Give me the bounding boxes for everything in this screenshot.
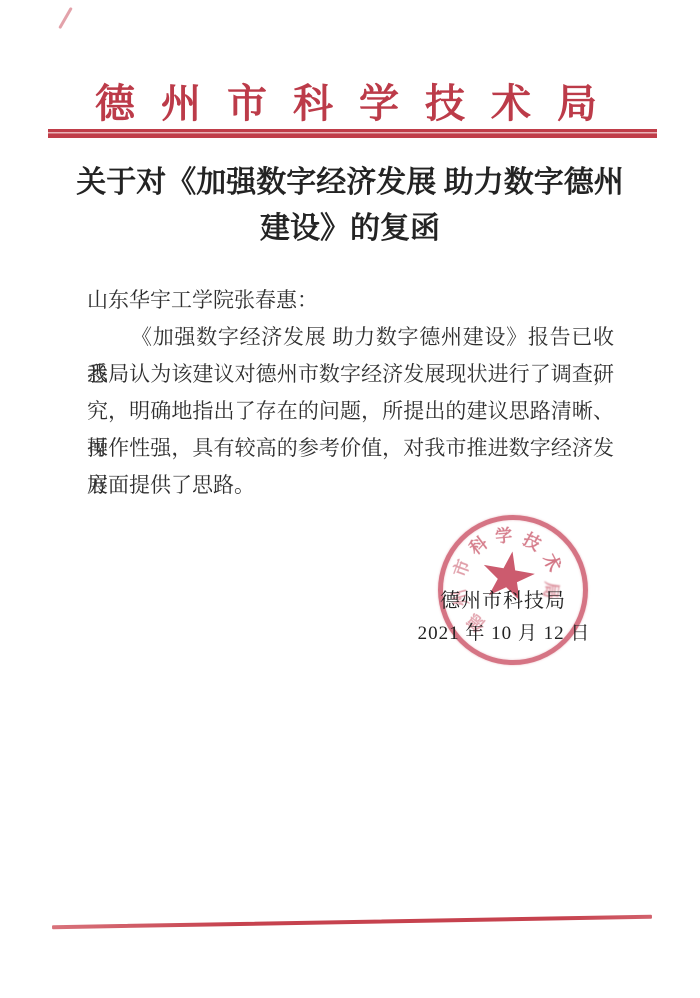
body-line: 操作性强，具有较高的参考价值，对我市推进数字经济发展	[87, 430, 614, 467]
body-line: 《加强数字经济发展 助力数字德州建设》报告已收悉，	[87, 319, 614, 356]
letterhead-title: 德 州 市 科 学 技 术 局	[0, 72, 700, 129]
document-date: 2021 年 10 月 12 日	[404, 618, 604, 645]
signature-org: 德州市科技局	[403, 584, 603, 613]
scanned-letter-page: 德 州 市 科 学 技 术 局 关于对《加强数字经济发展 助力数字德州 建设》的…	[0, 0, 700, 998]
salutation: 山东华宇工学院张春惠：	[87, 282, 614, 319]
footer-rule	[52, 915, 652, 929]
document-title-line1: 关于对《加强数字经济发展 助力数字德州	[0, 160, 700, 206]
document-title-line2: 建设》的复函	[0, 206, 700, 252]
body-line: 我局认为该建议对德州市数字经济发展现状进行了调查研	[87, 356, 614, 393]
document-title: 关于对《加强数字经济发展 助力数字德州 建设》的复函	[0, 160, 700, 252]
body-line: 究，明确地指出了存在的问题，所提出的建议思路清晰、可	[87, 393, 614, 430]
seal-arc-char: 学	[494, 521, 513, 547]
red-pen-mark	[58, 7, 73, 29]
letter-body: 山东华宇工学院张春惠： 《加强数字经济发展 助力数字德州建设》报告已收悉， 我局…	[87, 282, 614, 504]
letterhead-rule	[48, 129, 657, 138]
body-line: 方面提供了思路。	[87, 467, 614, 504]
